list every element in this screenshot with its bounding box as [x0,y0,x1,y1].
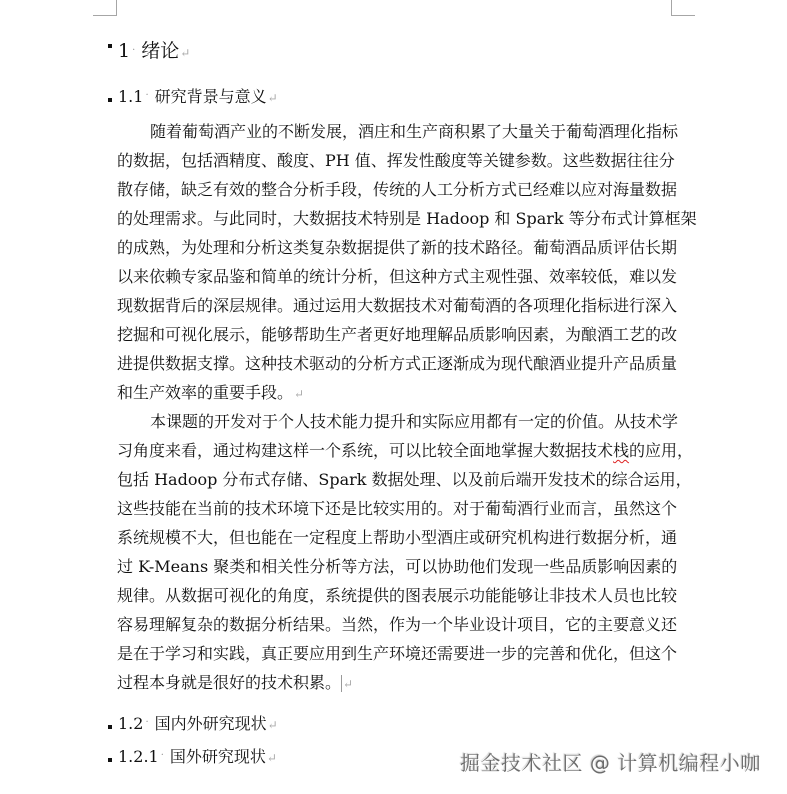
heading-number: 1 [118,40,130,62]
tab-marker: · [145,90,148,101]
heading-title: 研究背景与意义 [155,84,267,107]
list-bullet-icon [108,98,112,102]
text-line: 这些技能在当前的技术环境下还是比较实用的。对于葡萄酒行业而言，虽然这个 [117,494,671,523]
heading-1-2-1-foreign-research[interactable]: 1.2.1 · 国外研究现状 ↵ [108,744,277,767]
text-line: 包括 Hadoop 分布式存储、Spark 数据处理、以及前后端开发技术的综合运… [117,465,671,494]
text-line: 随着葡萄酒产业的不断发展，酒庄和生产商积累了大量关于葡萄酒理化指标 [117,117,671,146]
text-line: 挖掘和可视化展示，能够帮助生产者更好地理解品质影响因素，为酿酒工艺的改 [117,320,671,349]
watermark: 掘金技术社区 @ 计算机编程小咖 [460,747,761,776]
text-line: 规律。从数据可视化的角度，系统提供的图表展示功能能够让非技术人员也比较 [117,581,671,610]
tab-marker: · [161,750,164,761]
heading-number: 1.2.1 [118,747,159,766]
heading-1-1-background[interactable]: 1.1 · 研究背景与意义 ↵ [108,84,278,107]
paragraph-mark-icon: ↵ [268,718,278,732]
text-line: 的数据，包括酒精度、酸度、PH 值、挥发性酸度等关键参数。这些数据往往分 [117,146,671,175]
text-line-last: 过程本身就是很好的技术积累。↵ [117,668,671,697]
heading-title: 国外研究现状 [170,744,266,767]
text-line: 的处理需求。与此同时，大数据技术特别是 Hadoop 和 Spark 等分布式计… [117,204,671,233]
paragraph-mark-icon: ↵ [180,46,190,60]
text-line: 散存储，缺乏有效的整合分析手段，传统的人工分析方式已经难以应对海量数据 [117,175,671,204]
heading-1-introduction[interactable]: 1 · 绪论 ↵ [108,36,190,63]
text-line-content: 的应用， [629,441,693,460]
text-cursor [341,675,342,692]
heading-number: 1.1 [118,87,143,106]
paragraph-significance[interactable]: 本课题的开发对于个人技术能力提升和实际应用都有一定的价值。从技术学 习角度来看，… [117,407,671,697]
text-line-content: 过程本身就是很好的技术积累。 [117,673,341,692]
text-line: 本课题的开发对于个人技术能力提升和实际应用都有一定的价值。从技术学 [117,407,671,436]
heading-1-2-research-status[interactable]: 1.2 · 国内外研究现状 ↵ [108,711,278,734]
heading-title: 国内外研究现状 [155,711,267,734]
text-line: 进提供数据支撑。这种技术驱动的分析方式正逐渐成为现代酿酒业提升产品质量 [117,349,671,378]
page-corner-mark-top-left [93,0,117,16]
tab-marker: · [132,45,135,56]
text-line-content: 和生产效率的重要手段。 [117,383,293,402]
text-line: 过 K-Means 聚类和相关性分析等方法，可以协助他们发现一些品质影响因素的 [117,552,671,581]
text-line: 以来依赖专家品鉴和简单的统计分析，但这种方式主观性强、效率较低，难以发 [117,262,671,291]
text-line-with-spellcheck: 习角度来看，通过构建这样一个系统，可以比较全面地掌握大数据技术栈的应用， [117,436,671,465]
paragraph-mark-icon: ↵ [268,91,278,105]
list-bullet-icon [108,758,112,762]
text-line-content: 习角度来看，通过构建这样一个系统，可以比较全面地掌握大数据技术 [117,441,613,460]
paragraph-mark-icon: ↵ [267,751,277,765]
heading-number: 1.2 [118,714,143,733]
paragraph-mark-icon: ↵ [343,677,353,691]
text-line: 容易理解复杂的数据分析结果。当然，作为一个毕业设计项目，它的主要意义还 [117,610,671,639]
list-bullet-icon [108,44,112,48]
list-bullet-icon [108,725,112,729]
text-line-last: 和生产效率的重要手段。↵ [117,378,671,407]
page-corner-mark-top-right [671,0,695,16]
text-line: 是在于学习和实践，真正要应用到生产环境还需要进一步的完善和优化，但这个 [117,639,671,668]
text-line: 现数据背后的深层规律。通过运用大数据技术对葡萄酒的各项理化指标进行深入 [117,291,671,320]
tab-marker: · [145,717,148,728]
spellcheck-flagged-word[interactable]: 栈 [613,441,629,460]
heading-title: 绪论 [141,36,179,63]
paragraph-mark-icon: ↵ [294,387,304,401]
paragraph-background[interactable]: 随着葡萄酒产业的不断发展，酒庄和生产商积累了大量关于葡萄酒理化指标 的数据，包括… [117,117,671,407]
text-line: 的成熟，为处理和分析这类复杂数据提供了新的技术路径。葡萄酒品质评估长期 [117,233,671,262]
text-line: 系统规模不大，但也能在一定程度上帮助小型酒庄或研究机构进行数据分析，通 [117,523,671,552]
